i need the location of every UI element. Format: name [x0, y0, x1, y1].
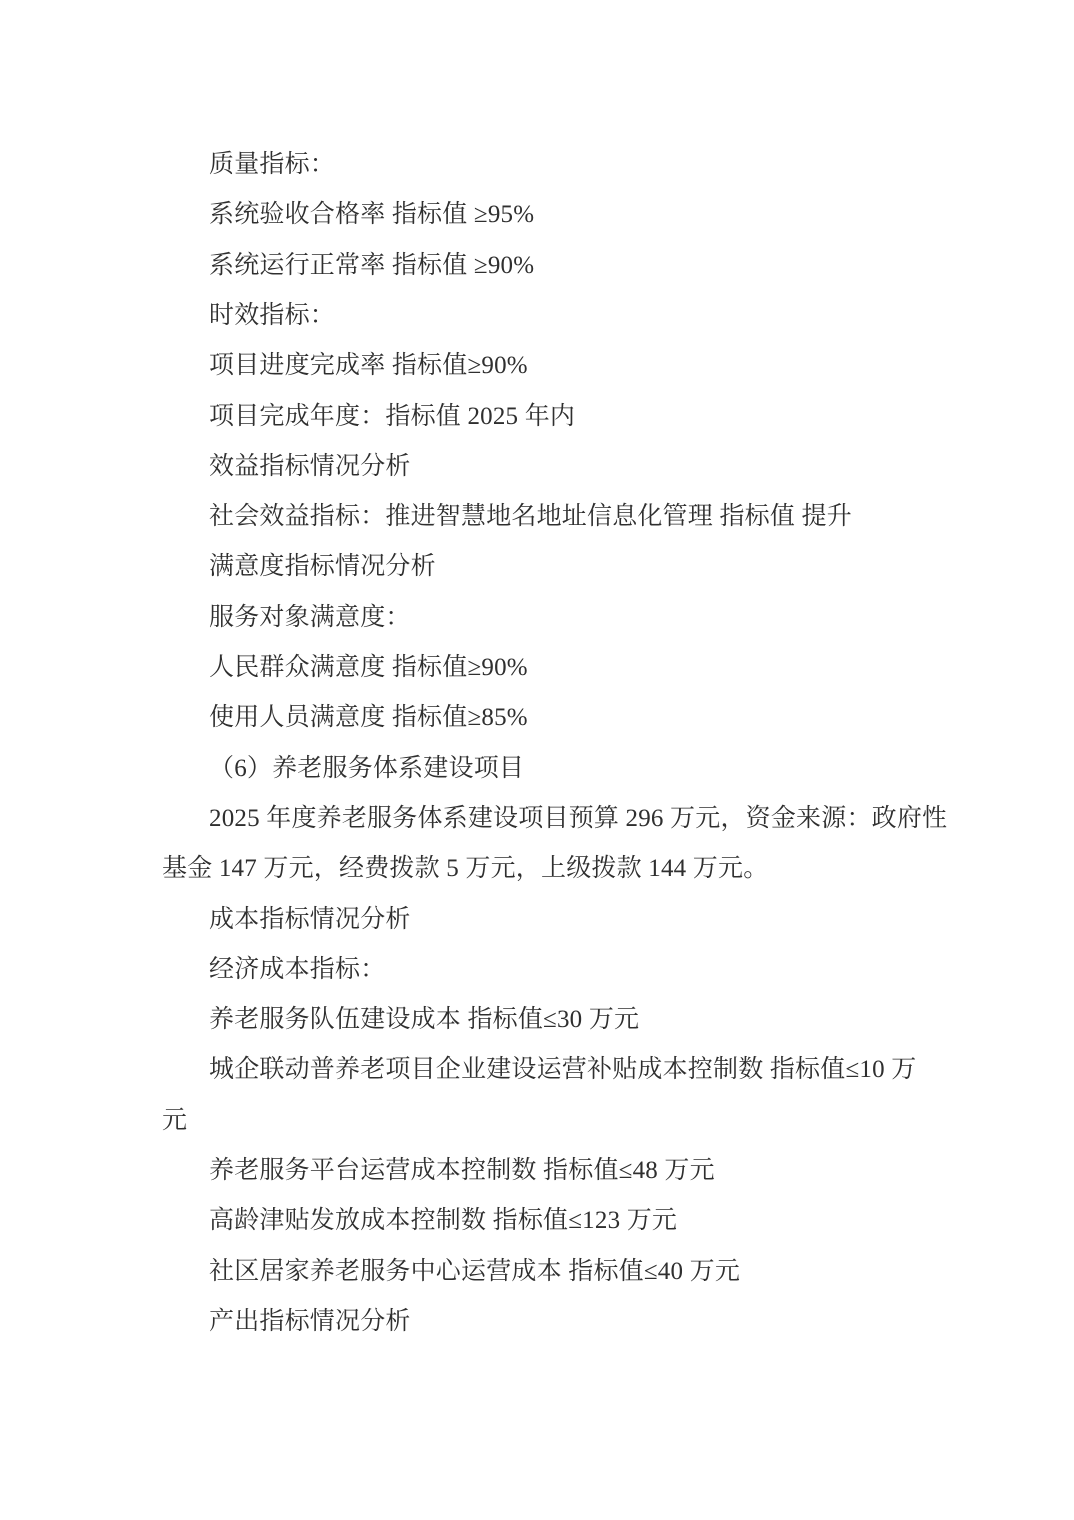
doc-line-platform-cost: 养老服务平台运营成本控制数 指标值≤48 万元 [209, 1146, 715, 1196]
doc-line-subsidy-cost-2: 元 [162, 1096, 187, 1146]
doc-line-social-benefit: 社会效益指标：推进智慧地名地址信息化管理 指标值 提升 [209, 492, 852, 542]
doc-line-budget-para-2: 基金 147 万元，经费拨款 5 万元，上级拨款 144 万元。 [162, 844, 768, 894]
document-page: 质量指标： 系统验收合格率 指标值 ≥95% 系统运行正常率 指标值 ≥90% … [0, 0, 1074, 1520]
doc-line-acceptance-rate: 系统验收合格率 指标值 ≥95% [209, 190, 534, 240]
doc-line-quality-header: 质量指标： [209, 140, 335, 190]
doc-line-service-target: 服务对象满意度： [209, 593, 411, 643]
doc-line-progress-rate: 项目进度完成率 指标值≥90% [209, 341, 528, 391]
doc-line-user-satisfaction: 使用人员满意度 指标值≥85% [209, 693, 528, 743]
doc-line-public-satisfaction: 人民群众满意度 指标值≥90% [209, 643, 528, 693]
doc-line-completion-year: 项目完成年度：指标值 2025 年内 [209, 392, 575, 442]
doc-line-timeliness-header: 时效指标： [209, 291, 335, 341]
doc-line-uptime-rate: 系统运行正常率 指标值 ≥90% [209, 241, 534, 291]
doc-line-cost-analysis: 成本指标情况分析 [209, 895, 411, 945]
doc-line-satisfaction-analysis: 满意度指标情况分析 [209, 542, 436, 592]
doc-line-budget-para-1: 2025 年度养老服务体系建设项目预算 296 万元，资金来源：政府性 [209, 794, 947, 844]
doc-line-output-analysis: 产出指标情况分析 [209, 1297, 411, 1347]
doc-line-team-cost: 养老服务队伍建设成本 指标值≤30 万元 [209, 995, 639, 1045]
doc-line-allowance-cost: 高龄津贴发放成本控制数 指标值≤123 万元 [209, 1196, 677, 1246]
doc-line-project6-title: （6）养老服务体系建设项目 [209, 744, 524, 794]
doc-line-subsidy-cost-1: 城企联动普养老项目企业建设运营补贴成本控制数 指标值≤10 万 [209, 1045, 916, 1095]
doc-line-benefit-analysis: 效益指标情况分析 [209, 442, 411, 492]
doc-line-economic-cost: 经济成本指标： [209, 945, 385, 995]
doc-line-community-cost: 社区居家养老服务中心运营成本 指标值≤40 万元 [209, 1247, 740, 1297]
